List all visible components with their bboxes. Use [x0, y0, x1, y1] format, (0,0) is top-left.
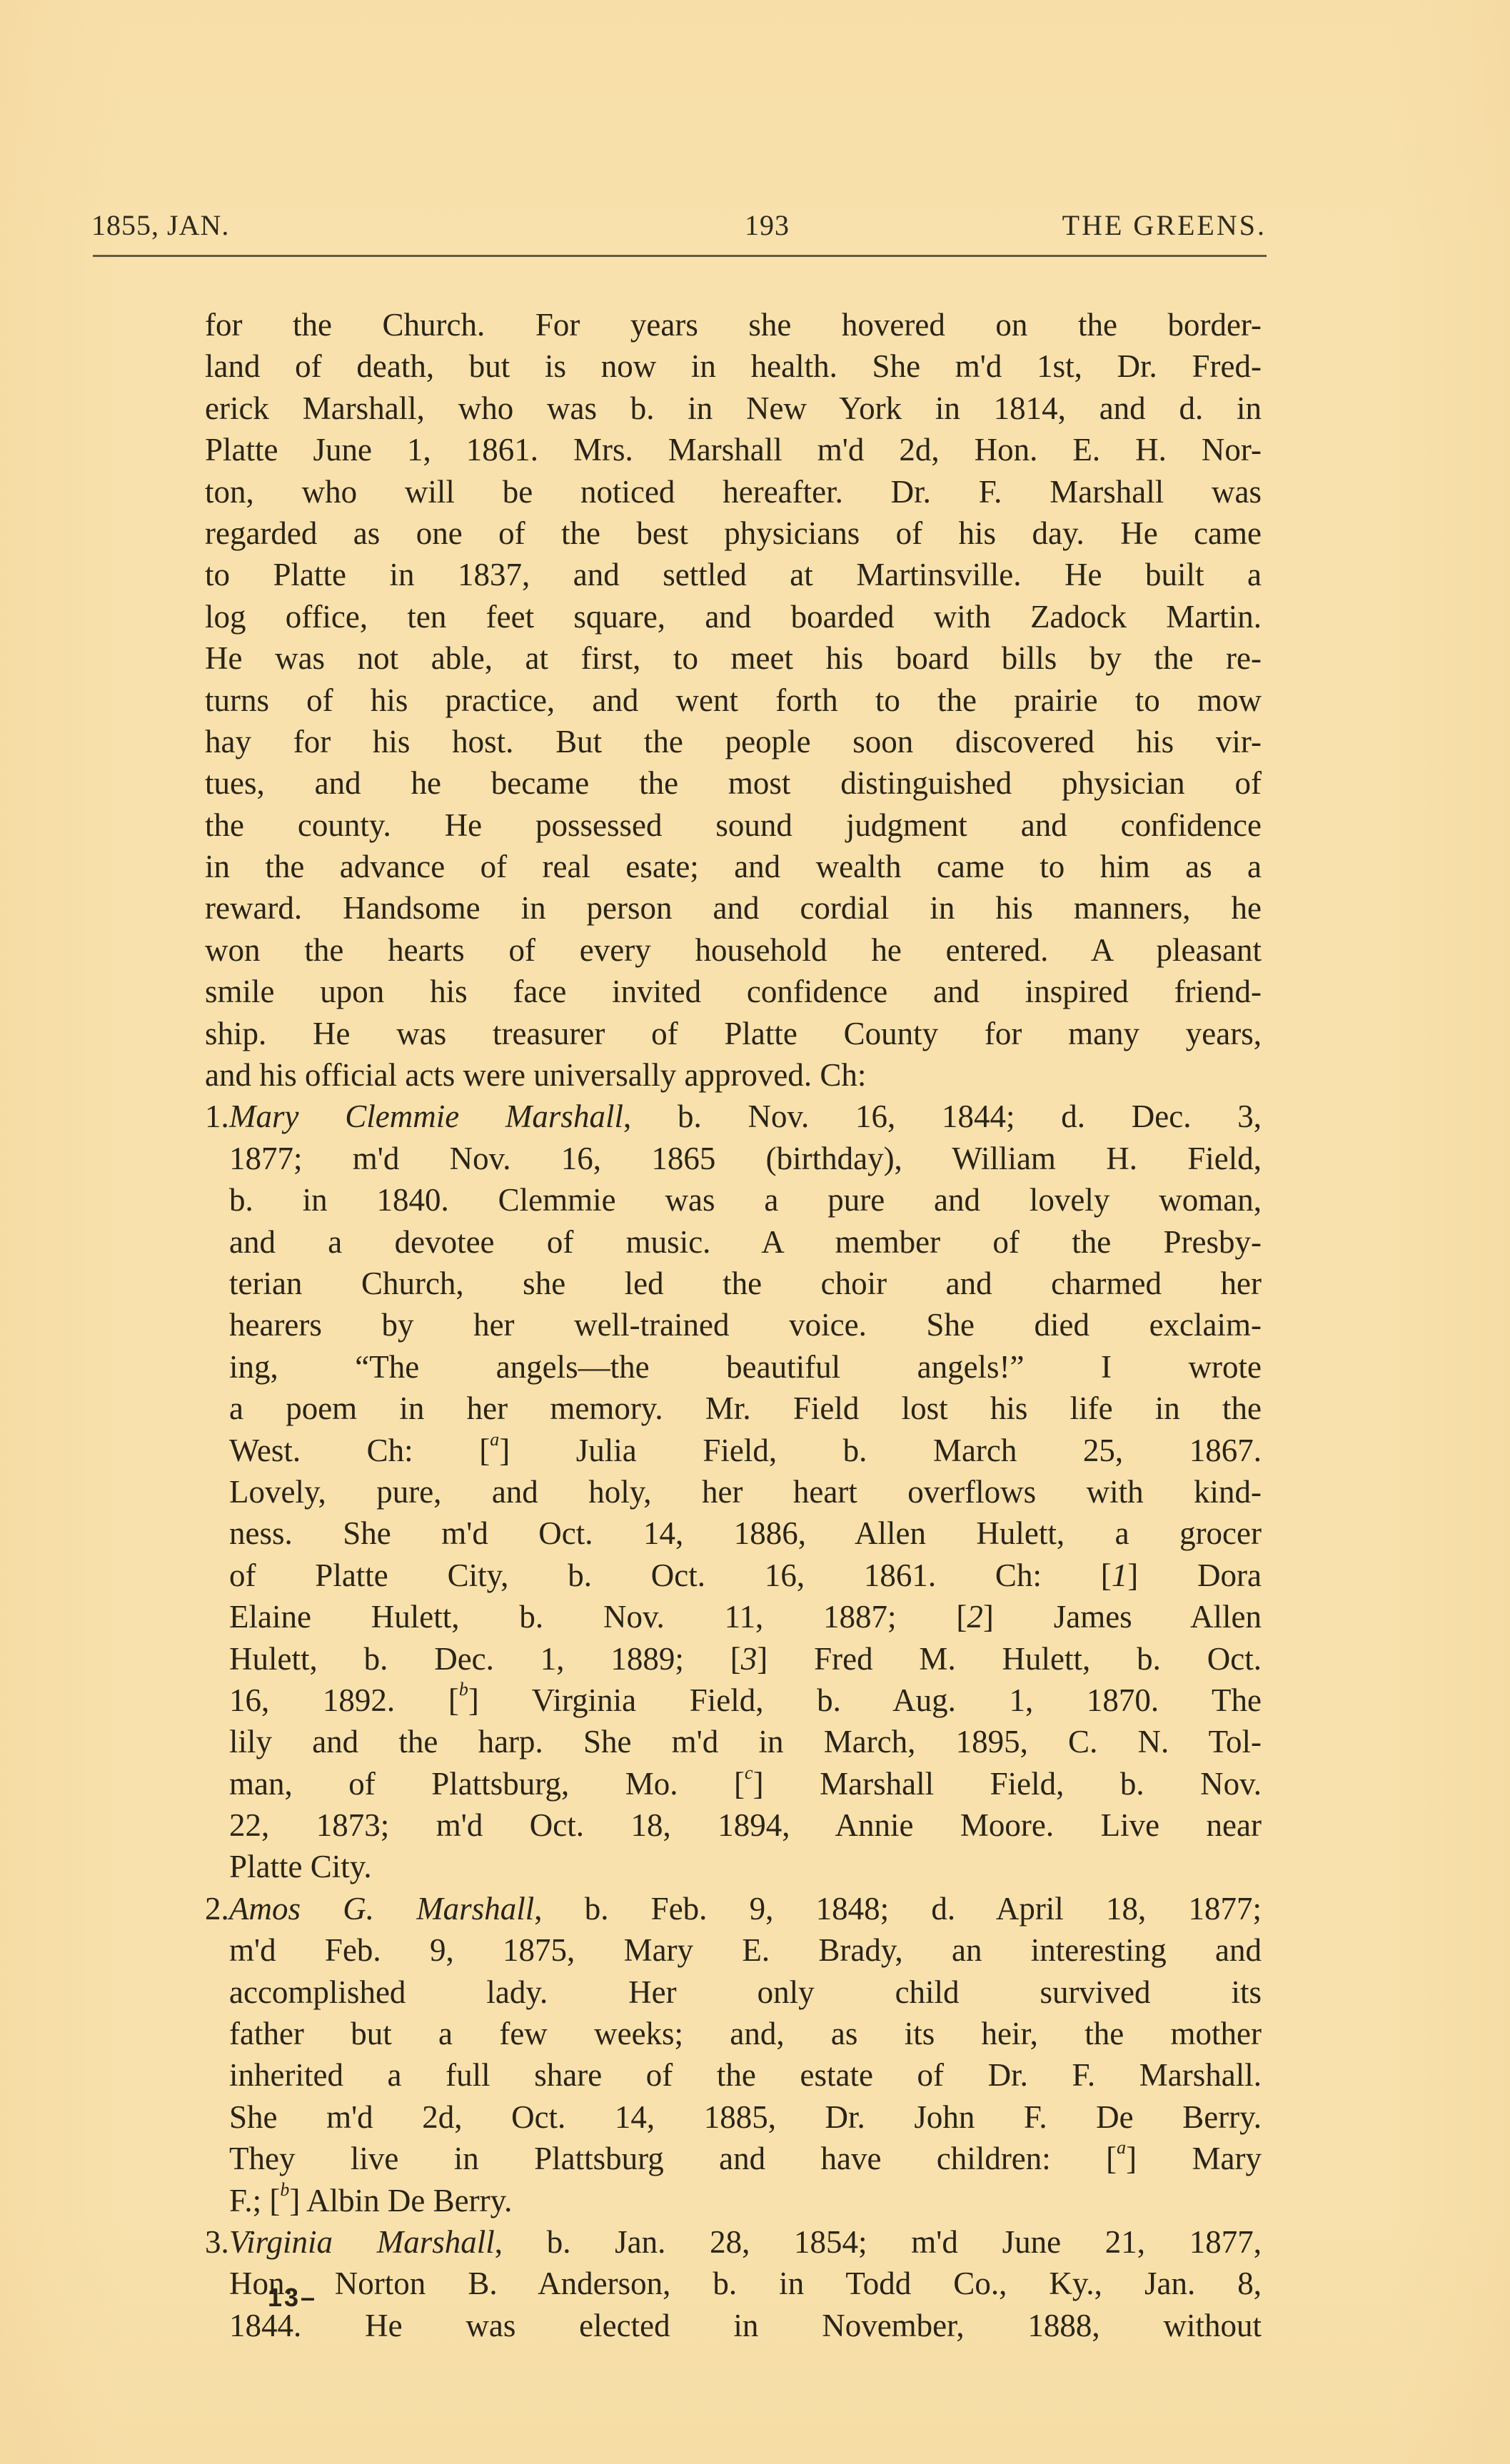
text-line: in the advance of real esate; and wealth…: [205, 846, 1262, 887]
text-line: a poem in her memory. Mr. Field lost his…: [205, 1388, 1262, 1429]
text-line: log office, ten feet square, and boarded…: [205, 596, 1262, 637]
text-line: 16, 1892. [b] Virginia Field, b. Aug. 1,…: [205, 1680, 1262, 1721]
superscript-marker: b: [459, 1679, 468, 1700]
child-entry-3: 3.Virginia Marshall, b. Jan. 28, 1854; m…: [205, 2221, 1262, 2346]
text-fragment: 16, 1892. [: [229, 1682, 459, 1718]
text-line: father but a few weeks; and, as its heir…: [205, 2013, 1262, 2054]
text-line: won the hearts of every household he ent…: [205, 929, 1262, 971]
entry-number: 2.: [205, 1888, 229, 1929]
text-fragment: ] James Allen: [983, 1599, 1262, 1635]
text-line: West. Ch: [a] Julia Field, b. March 25, …: [205, 1430, 1262, 1471]
text-fragment: West. Ch: [: [229, 1433, 490, 1468]
text-line: terian Church, she led the choir and cha…: [205, 1263, 1262, 1304]
text-fragment: ] Albin De Berry.: [289, 2183, 512, 2218]
text-line: turns of his practice, and went forth to…: [205, 680, 1262, 721]
text-line: She m'd 2d, Oct. 14, 1885, Dr. John F. D…: [205, 2096, 1262, 2138]
header-rule: [93, 255, 1267, 257]
text-fragment: ] Julia Field, b. March 25, 1867.: [499, 1433, 1262, 1468]
child-entry-2: 2.Amos G. Marshall, b. Feb. 9, 1848; d. …: [205, 1888, 1262, 2221]
text-line: Hon. Norton B. Anderson, b. in Todd Co.,…: [205, 2263, 1262, 2304]
signature-mark: 13–: [268, 2283, 317, 2313]
page-number: 193: [745, 208, 790, 242]
child-name: Mary Clemmie Marshall: [229, 1099, 623, 1134]
text-line: smile upon his face invited confidence a…: [205, 971, 1262, 1012]
text-line: for the Church. For years she hovered on…: [205, 304, 1262, 345]
text-line: 22, 1873; m'd Oct. 18, 1894, Annie Moore…: [205, 1804, 1262, 1846]
text-line: ton, who will be noticed hereafter. Dr. …: [205, 471, 1262, 513]
superscript-marker: a: [1117, 2137, 1126, 2158]
text-fragment: F.; [: [229, 2183, 280, 2218]
entry-text: , b. Feb. 9, 1848; d. April 18, 1877;: [534, 1891, 1262, 1927]
book-page: 1855, JAN. 193 THE GREENS. for the Churc…: [0, 0, 1510, 2464]
superscript-marker: b: [280, 2179, 289, 2200]
text-line: They live in Plattsburg and have childre…: [205, 2138, 1262, 2179]
text-line: Platte City.: [205, 1846, 1262, 1887]
text-line: reward. Handsome in person and cordial i…: [205, 887, 1262, 929]
entry-first-line: 2.Amos G. Marshall, b. Feb. 9, 1848; d. …: [205, 1888, 1262, 1929]
text-fragment: ] Marshall Field, b. Nov.: [753, 1766, 1262, 1802]
text-fragment: Elaine Hulett, b. Nov. 11, 1887; [: [229, 1599, 967, 1635]
child-name: Virginia Marshall: [229, 2224, 495, 2260]
entry-number: 3.: [205, 2221, 229, 2263]
child-entry-1: 1.Mary Clemmie Marshall, b. Nov. 16, 184…: [205, 1096, 1262, 1887]
text-line: b. in 1840. Clemmie was a pure and lovel…: [205, 1179, 1262, 1221]
text-fragment: Hulett, b. Dec. 1, 1889; [: [229, 1641, 741, 1677]
body-text: for the Church. For years she hovered on…: [205, 304, 1262, 2346]
text-fragment: They live in Plattsburg and have childre…: [229, 2141, 1117, 2176]
superscript-marker: a: [490, 1429, 499, 1450]
entry-text: , b. Nov. 16, 1844; d. Dec. 3,: [623, 1099, 1262, 1134]
running-head-title: THE GREENS.: [1062, 208, 1267, 242]
index-marker: 3: [741, 1641, 757, 1677]
text-line: and a devotee of music. A member of the …: [205, 1221, 1262, 1263]
text-fragment: ] Dora: [1127, 1557, 1262, 1593]
text-line: 1844. He was elected in November, 1888, …: [205, 2305, 1262, 2346]
text-line: ness. She m'd Oct. 14, 1886, Allen Hulet…: [205, 1513, 1262, 1554]
text-line: to Platte in 1837, and settled at Martin…: [205, 554, 1262, 595]
text-line: the county. He possessed sound judgment …: [205, 804, 1262, 846]
text-fragment: of Platte City, b. Oct. 16, 1861. Ch: [: [229, 1557, 1112, 1593]
text-fragment: ] Fred M. Hulett, b. Oct.: [757, 1641, 1262, 1677]
text-line: m'd Feb. 9, 1875, Mary E. Brady, an inte…: [205, 1929, 1262, 1971]
text-fragment: ] Virginia Field, b. Aug. 1, 1870. The: [468, 1682, 1262, 1718]
child-name: Amos G. Marshall: [229, 1891, 534, 1927]
text-line: 1877; m'd Nov. 16, 1865 (birthday), Will…: [205, 1138, 1262, 1179]
text-line: hearers by her well-trained voice. She d…: [205, 1304, 1262, 1345]
text-line: inherited a full share of the estate of …: [205, 2054, 1262, 2096]
text-line: ship. He was treasurer of Platte County …: [205, 1013, 1262, 1054]
entry-text: , b. Jan. 28, 1854; m'd June 21, 1877,: [495, 2224, 1262, 2260]
entry-first-line: 1.Mary Clemmie Marshall, b. Nov. 16, 184…: [205, 1096, 1262, 1137]
intro-paragraph: for the Church. For years she hovered on…: [205, 304, 1262, 1096]
text-line: He was not able, at first, to meet his b…: [205, 637, 1262, 679]
text-line: man, of Plattsburg, Mo. [c] Marshall Fie…: [205, 1763, 1262, 1804]
text-line: Lovely, pure, and holy, her heart overfl…: [205, 1471, 1262, 1513]
text-line: F.; [b] Albin De Berry.: [205, 2180, 1262, 2221]
text-fragment: man, of Plattsburg, Mo. [: [229, 1766, 745, 1802]
entry-first-line: 3.Virginia Marshall, b. Jan. 28, 1854; m…: [205, 2221, 1262, 2263]
text-line: Platte June 1, 1861. Mrs. Marshall m'd 2…: [205, 429, 1262, 470]
text-line: and his official acts were universally a…: [205, 1054, 1262, 1096]
text-line: of Platte City, b. Oct. 16, 1861. Ch: [1…: [205, 1555, 1262, 1596]
text-line: lily and the harp. She m'd in March, 189…: [205, 1721, 1262, 1762]
entry-number: 1.: [205, 1096, 229, 1137]
index-marker: 2: [967, 1599, 983, 1635]
text-line: regarded as one of the best physicians o…: [205, 513, 1262, 554]
text-line: erick Marshall, who was b. in New York i…: [205, 388, 1262, 429]
text-line: accomplished lady. Her only child surviv…: [205, 1971, 1262, 2013]
superscript-marker: c: [745, 1762, 753, 1783]
running-head-date: 1855, JAN.: [91, 208, 229, 242]
text-line: tues, and he became the most distinguish…: [205, 762, 1262, 804]
index-marker: 1: [1112, 1557, 1128, 1593]
text-line: ing, “The angels—the beautiful angels!” …: [205, 1346, 1262, 1388]
text-line: Hulett, b. Dec. 1, 1889; [3] Fred M. Hul…: [205, 1638, 1262, 1680]
text-line: Elaine Hulett, b. Nov. 11, 1887; [2] Jam…: [205, 1596, 1262, 1637]
text-line: hay for his host. But the people soon di…: [205, 721, 1262, 762]
running-head: 1855, JAN. 193 THE GREENS.: [91, 208, 1267, 244]
text-fragment: ] Mary: [1126, 2141, 1262, 2176]
text-line: land of death, but is now in health. She…: [205, 345, 1262, 387]
